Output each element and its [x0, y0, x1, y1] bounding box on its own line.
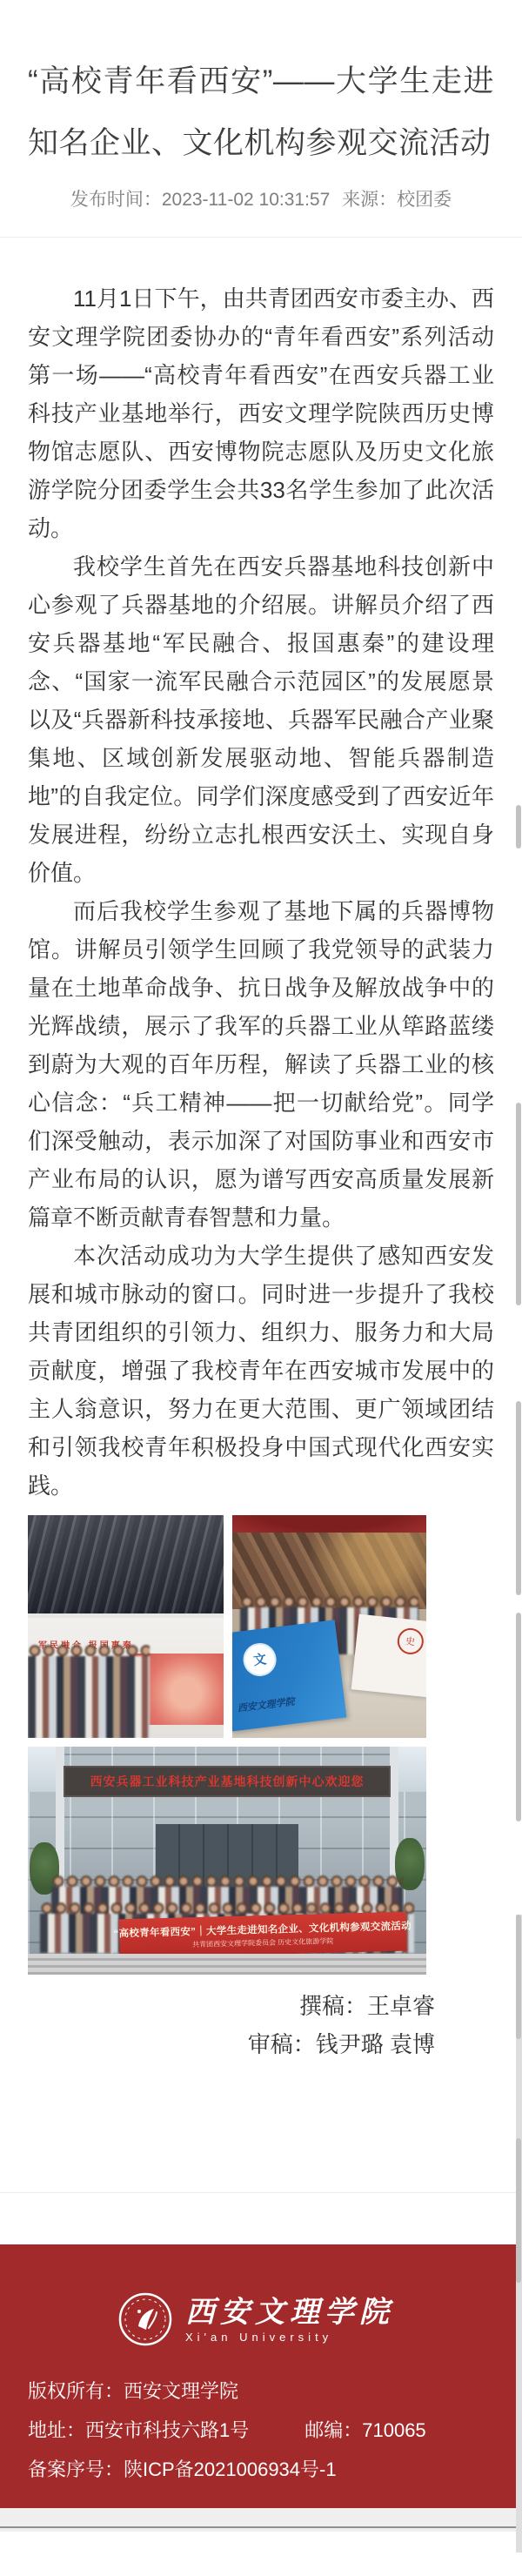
banner-subtitle-text: 共青团西安文理学院委员会 历史文化旅游学院 [192, 1936, 333, 1949]
article-page: “高校青年看西安”——大学生走进知名企业、文化机构参观交流活动 发布时间：202… [0, 0, 522, 2576]
credit-reviewer: 审稿：钱尹璐 袁博 [0, 2025, 435, 2063]
white-banner: 史 [351, 1613, 426, 1697]
footer-divider [0, 2192, 522, 2193]
university-seal-icon [117, 2291, 173, 2347]
site-footer: 西安文理学院 Xi'an University 版权所有：西安文理学院 地址：西… [0, 2244, 522, 2508]
university-flag-text: 西安文理学院 [237, 1694, 295, 1714]
sky-patch [28, 1747, 57, 1792]
university-logo-text: 西安文理学院 Xi'an University [185, 2296, 394, 2344]
article-paragraph: 而后我校学生参观了基地下属的兵器博物馆。讲解员引领学生回顾了我党领导的武装力量在… [28, 892, 494, 1237]
students-group [28, 1644, 150, 1738]
crowd-heads [240, 1595, 418, 1607]
footer-copyright: 版权所有：西安文理学院 [28, 2371, 494, 2411]
article-paragraph: 本次活动成功为大学生提供了感知西安发展和城市脉动的窗口。同时进一步提升了我校共青… [28, 1237, 494, 1505]
scrollbar-thumb[interactable] [516, 1103, 521, 1305]
photo-gallery: 军民融合 报国惠秦 文 西安文理学院 [28, 1515, 426, 1975]
university-logo: 西安文理学院 Xi'an University [117, 2291, 405, 2347]
publish-time: 发布时间：2023-11-02 10:31:57 [70, 190, 330, 210]
credit-writer: 撰稿：王卓睿 [0, 1987, 435, 2025]
activity-red-banner: “高校青年看西安”｜大学生走进知名企业、文化机构参观交流活动 共青团西安文理学院… [119, 1912, 407, 1958]
footer-icp: 备案序号：陕ICP备2021006934号-1 [28, 2450, 494, 2489]
photo-group-entrance: 西安兵器工业科技产业基地科技创新中心欢迎您 “高校青年看西安”｜大学生走进知名企… [28, 1747, 426, 1975]
bottom-bar-line [0, 2526, 522, 2528]
spacer [249, 2411, 304, 2450]
crowd-heads [40, 1902, 415, 1914]
footer-info: 版权所有：西安文理学院 地址：西安市科技六路1号 邮编：710065 备案序号：… [28, 2371, 494, 2489]
college-seal-icon: 史 [396, 1627, 425, 1656]
scrollbar-thumb[interactable] [516, 805, 521, 849]
crowd-heads [28, 1644, 150, 1656]
university-flag-logo: 文 [242, 1641, 278, 1678]
footer-address: 地址：西安市科技六路1号 [28, 2411, 249, 2450]
university-name-en: Xi'an University [185, 2331, 394, 2344]
led-welcome-text: 西安兵器工业科技产业基地科技创新中心欢迎您 [90, 1773, 365, 1790]
article-meta: 发布时间：2023-11-02 10:31:57 来源：校团委 [0, 188, 522, 238]
scrollbar-thumb[interactable] [516, 2138, 521, 2283]
page-title: “高校青年看西安”——大学生走进知名企业、文化机构参观交流活动 [28, 50, 494, 174]
article-body: 11月1日下午，由共青团西安市委主办、西安文理学院团委协办的“青年看西安”系列活… [0, 238, 522, 1505]
crowd-bodies [28, 1656, 150, 1738]
banner-title-text: “高校青年看西安”｜大学生走进知名企业、文化机构参观交流活动 [114, 1918, 412, 1940]
led-welcome-sign: 西安兵器工业科技产业基地科技创新中心欢迎您 [64, 1766, 391, 1797]
sky-patch [397, 1747, 426, 1792]
bottom-bar [0, 2508, 522, 2532]
scrollbar-thumb[interactable] [516, 1401, 521, 1595]
photo-museum-relief: 文 西安文理学院 史 [232, 1515, 426, 1738]
article-credits: 撰稿：王卓睿 审稿：钱尹璐 袁博 [0, 1987, 522, 2063]
university-flag: 文 西安文理学院 [232, 1620, 346, 1731]
university-name-cn: 西安文理学院 [185, 2296, 394, 2329]
entrance-steps [28, 1954, 426, 1975]
scrollbar-thumb[interactable] [516, 1613, 521, 1821]
article-paragraph: 11月1日下午，由共青团西安市委主办、西安文理学院团委协办的“青年看西安”系列活… [28, 279, 494, 547]
footer-address-row: 地址：西安市科技六路1号 邮编：710065 [28, 2411, 494, 2450]
source: 来源：校团委 [342, 190, 452, 210]
photo-exhibition-hall: 军民融合 报国惠秦 [28, 1515, 224, 1738]
article-paragraph: 我校学生首先在西安兵器基地科技创新中心参观了兵器基地的介绍展。讲解员介绍了西安兵… [28, 547, 494, 892]
scrollbar-thumb[interactable] [516, 1915, 521, 2039]
ceiling-slats [28, 1515, 224, 1618]
crowd-heads [51, 1875, 402, 1887]
footer-postcode: 邮编：710065 [304, 2411, 425, 2450]
